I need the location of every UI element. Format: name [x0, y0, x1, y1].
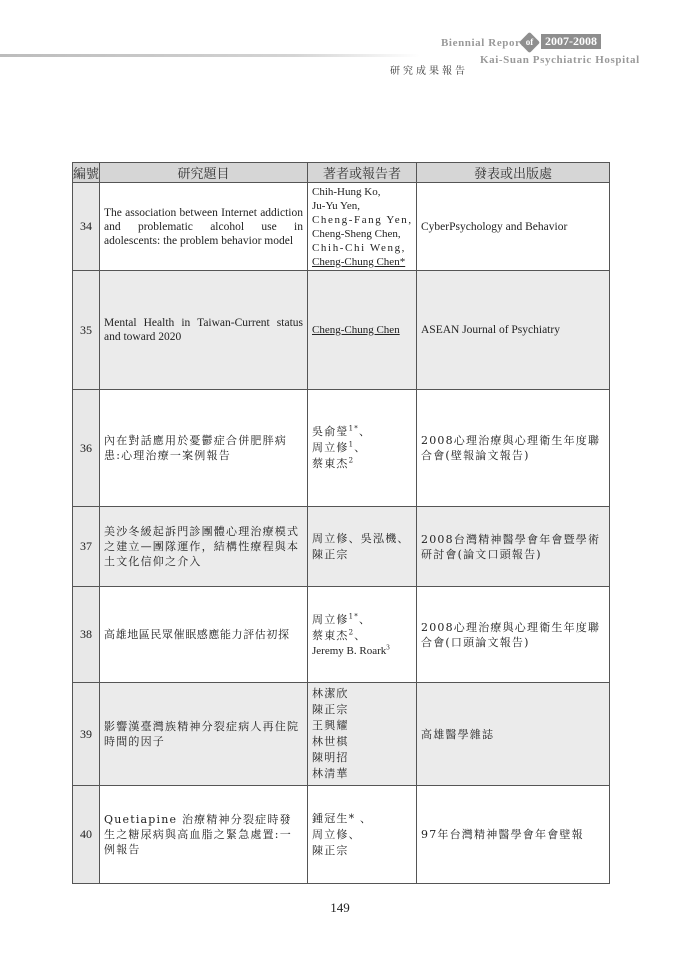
table-header-row: 編號 研究題目 著者或報告者 發表或出版處	[73, 163, 610, 183]
table-row: 36 內在對話應用於憂鬱症合併肥胖病患:心理治療一案例報告 吳俞瑩1*、 周立修…	[73, 390, 610, 507]
header-hospital: Kai-Suan Psychiatric Hospital	[480, 54, 640, 66]
row-publication: 2008台灣精神醫學會年會暨學術研討會(論文口頭報告)	[417, 507, 610, 587]
author: Chih-Hung Ko,	[312, 185, 412, 199]
row-title: Quetiapine 治療精神分裂症時發生之糖尿病與高血脂之緊急處置:一例報告	[100, 786, 308, 884]
author: 林世棋	[312, 734, 412, 750]
row-authors: 周立修1*、 蔡東杰2、 Jeremy B. Roark3	[308, 587, 417, 683]
author: 蔡東杰2、	[312, 628, 412, 644]
header-rule	[0, 54, 420, 57]
author: 周立修、吳泓機、	[312, 531, 412, 547]
row-authors: 周立修、吳泓機、 陳正宗	[308, 507, 417, 587]
row-publication: ASEAN Journal of Psychiatry	[417, 271, 610, 390]
row-number: 37	[73, 507, 100, 587]
header-report-label: Biennial Report	[441, 37, 525, 49]
author: 周立修1、	[312, 440, 412, 456]
header-of-label: of	[522, 35, 537, 50]
row-authors: Cheng-Chung Chen	[308, 271, 417, 390]
author: 陳正宗	[312, 702, 412, 718]
column-header-number: 編號	[73, 163, 100, 183]
author: 林潔欣	[312, 686, 412, 702]
row-number: 38	[73, 587, 100, 683]
author: 陳正宗	[312, 547, 412, 563]
row-title: The association between Internet addicti…	[100, 183, 308, 271]
author: 吳俞瑩1*、	[312, 424, 412, 440]
author: Chih-Chi Weng,	[312, 241, 412, 255]
header-years: 2007-2008	[541, 34, 601, 49]
row-publication: 2008心理治療與心理衛生年度聯合會(壁報論文報告)	[417, 390, 610, 507]
row-number: 40	[73, 786, 100, 884]
author: 王興耀	[312, 718, 412, 734]
header-of-badge: of	[519, 32, 540, 53]
column-header-authors: 著者或報告者	[308, 163, 417, 183]
header-section-title: 研究成果報告	[390, 62, 468, 77]
author: 周立修1*、	[312, 612, 412, 628]
row-authors: 吳俞瑩1*、 周立修1、 蔡東杰2	[308, 390, 417, 507]
column-header-publication: 發表或出版處	[417, 163, 610, 183]
table-row: 38 高雄地區民眾催眠感應能力評估初探 周立修1*、 蔡東杰2、 Jeremy …	[73, 587, 610, 683]
column-header-title: 研究題目	[100, 163, 308, 183]
row-publication: 97年台灣精神醫學會年會壁報	[417, 786, 610, 884]
row-title: 美沙冬緩起訴門診團體心理治療模式之建立—團隊運作，結構性療程與本土文化信仰之介入	[100, 507, 308, 587]
author: 林清華	[312, 766, 412, 782]
row-number: 39	[73, 683, 100, 786]
row-authors: 鍾冠生* 、 周立修、 陳正宗	[308, 786, 417, 884]
table-row: 34 The association between Internet addi…	[73, 183, 610, 271]
author: 陳正宗	[312, 843, 412, 859]
author: 蔡東杰2	[312, 456, 412, 472]
author: 周立修、	[312, 827, 412, 843]
row-title: 高雄地區民眾催眠感應能力評估初探	[100, 587, 308, 683]
author: 鍾冠生* 、	[312, 811, 412, 827]
row-publication: CyberPsychology and Behavior	[417, 183, 610, 271]
table-row: 35 Mental Health in Taiwan-Current statu…	[73, 271, 610, 390]
row-title: 內在對話應用於憂鬱症合併肥胖病患:心理治療一案例報告	[100, 390, 308, 507]
row-title: 影響漢臺灣族精神分裂症病人再住院時間的因子	[100, 683, 308, 786]
row-authors: 林潔欣 陳正宗 王興耀 林世棋 陳明招 林清華	[308, 683, 417, 786]
author: 陳明招	[312, 750, 412, 766]
row-publication: 2008心理治療與心理衛生年度聯合會(口頭論文報告)	[417, 587, 610, 683]
author: Jeremy B. Roark3	[312, 644, 412, 658]
table-row: 37 美沙冬緩起訴門診團體心理治療模式之建立—團隊運作，結構性療程與本土文化信仰…	[73, 507, 610, 587]
author: Cheng-Chung Chen	[312, 323, 412, 337]
row-authors: Chih-Hung Ko, Ju-Yu Yen, Cheng-Fang Yen,…	[308, 183, 417, 271]
row-number: 36	[73, 390, 100, 507]
row-number: 35	[73, 271, 100, 390]
table-row: 39 影響漢臺灣族精神分裂症病人再住院時間的因子 林潔欣 陳正宗 王興耀 林世棋…	[73, 683, 610, 786]
author: Cheng-Sheng Chen,	[312, 227, 412, 241]
author: Cheng-Fang Yen,	[312, 213, 412, 227]
table-row: 40 Quetiapine 治療精神分裂症時發生之糖尿病與高血脂之緊急處置:一例…	[73, 786, 610, 884]
publications-table: 編號 研究題目 著者或報告者 發表或出版處 34 The association…	[72, 162, 610, 884]
row-title: Mental Health in Taiwan-Current status a…	[100, 271, 308, 390]
page-number: 149	[0, 900, 680, 916]
author-corresponding: Cheng-Chung Chen*	[312, 255, 412, 269]
author: Ju-Yu Yen,	[312, 199, 412, 213]
row-publication: 高雄醫學雜誌	[417, 683, 610, 786]
row-number: 34	[73, 183, 100, 271]
